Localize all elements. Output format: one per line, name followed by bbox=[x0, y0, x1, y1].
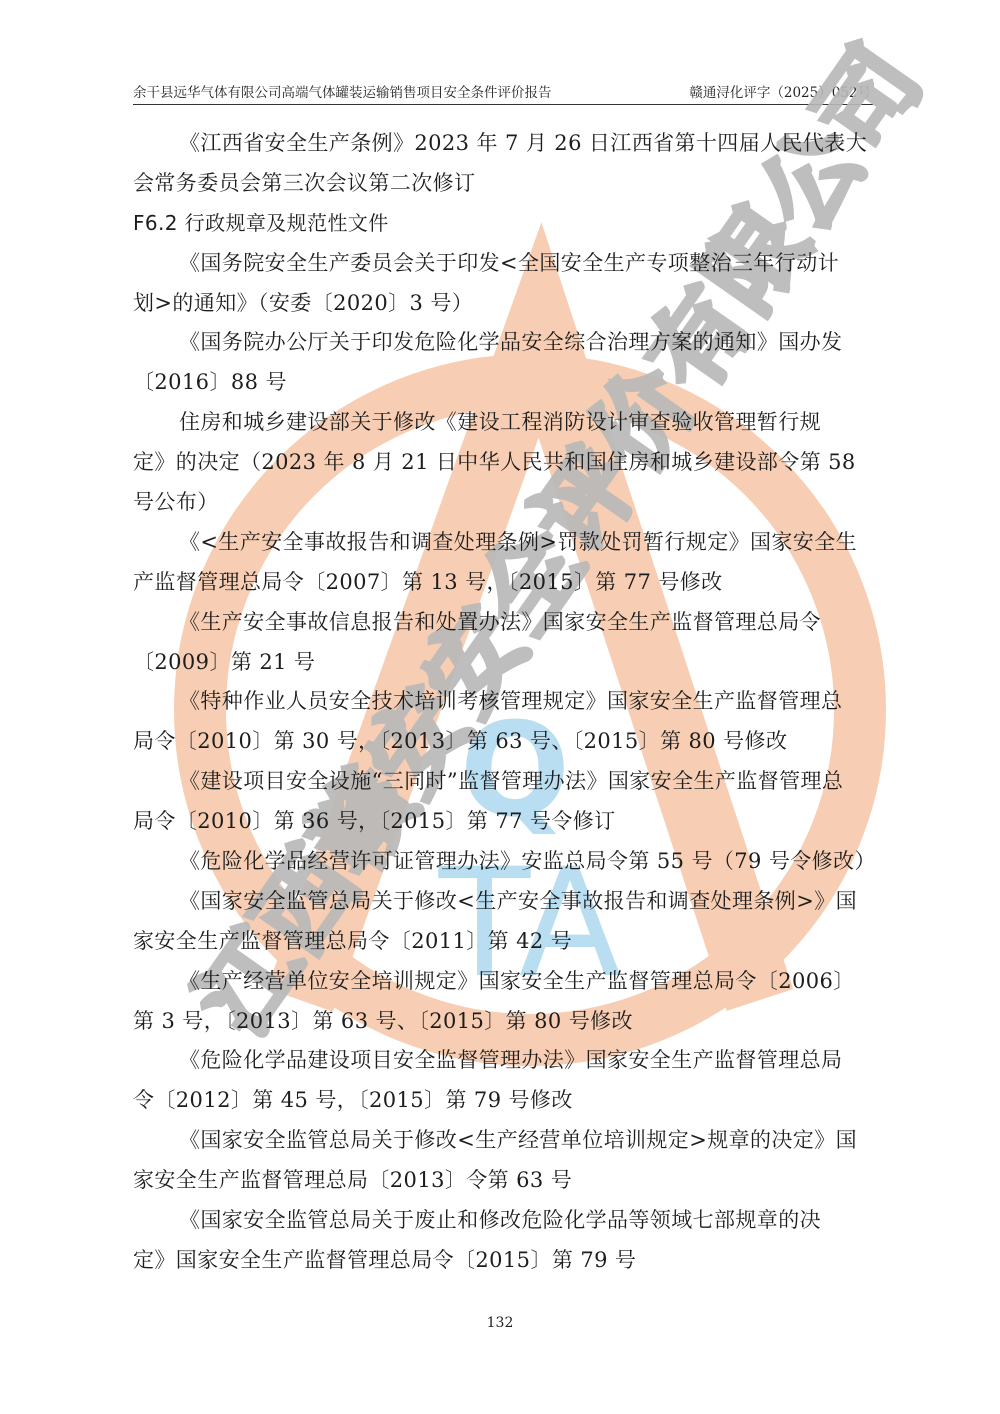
text-line: 定》的决定（2023 年 8 月 21 日中华人民共和国住房和城乡建设部令第 5… bbox=[133, 443, 909, 483]
text-line: 家安全生产监督管理总局令〔2011〕第 42 号 bbox=[133, 922, 909, 962]
text-line: 《生产经营单位安全培训规定》国家安全生产监督管理总局令〔2006〕 bbox=[133, 962, 909, 1002]
text-line: 住房和城乡建设部关于修改《建设工程消防设计审查验收管理暂行规 bbox=[133, 403, 909, 443]
document-body: 《江西省安全生产条例》2023 年 7 月 26 日江西省第十四届人民代表大 会… bbox=[133, 124, 909, 1281]
text-line: 划>的通知》（安委〔2020〕3 号） bbox=[133, 284, 909, 324]
text-line: 《国务院办公厅关于印发危险化学品安全综合治理方案的通知》国办发 bbox=[133, 323, 909, 363]
text-line: 《国家安全监管总局关于废止和修改危险化学品等领域七部规章的决 bbox=[133, 1201, 909, 1241]
text-line: 《建设项目安全设施“三同时”监督管理办法》国家安全生产监督管理总 bbox=[133, 762, 909, 802]
text-line: 第 3 号，〔2013〕第 63 号、〔2015〕第 80 号修改 bbox=[133, 1002, 909, 1042]
text-line: 定》国家安全生产监督管理总局令〔2015〕第 79 号 bbox=[133, 1241, 909, 1281]
text-line: 局令〔2010〕第 36 号，〔2015〕第 77 号令修订 bbox=[133, 802, 909, 842]
text-line: 《国家安全监管总局关于修改<生产安全事故报告和调查处理条例>》国 bbox=[133, 882, 909, 922]
text-line: 《江西省安全生产条例》2023 年 7 月 26 日江西省第十四届人民代表大 bbox=[133, 124, 909, 164]
text-line: 〔2016〕88 号 bbox=[133, 363, 909, 403]
text-line: 《危险化学品建设项目安全监督管理办法》国家安全生产监督管理总局 bbox=[133, 1041, 909, 1081]
text-line: 《国务院安全生产委员会关于印发<全国安全生产专项整治三年行动计 bbox=[133, 244, 909, 284]
text-line: 令〔2012〕第 45 号，〔2015〕第 79 号修改 bbox=[133, 1081, 909, 1121]
page-header: 余干县远华气体有限公司高端气体罐装运输销售项目安全条件评价报告 赣通浔化评字（2… bbox=[133, 84, 873, 105]
header-report-title: 余干县远华气体有限公司高端气体罐装运输销售项目安全条件评价报告 bbox=[133, 84, 552, 102]
page-number: 132 bbox=[0, 1315, 1000, 1331]
text-line: 产监督管理总局令〔2007〕第 13 号，〔2015〕第 77 号修改 bbox=[133, 563, 909, 603]
text-line: 局令〔2010〕第 30 号，〔2013〕第 63 号、〔2015〕第 80 号… bbox=[133, 722, 909, 762]
header-document-number: 赣通浔化评字（2025）052号 bbox=[689, 84, 871, 102]
section-heading: F6.2 行政规章及规范性文件 bbox=[133, 204, 909, 244]
text-line: 〔2009〕第 21 号 bbox=[133, 643, 909, 683]
text-line: 《生产安全事故信息报告和处置办法》国家安全生产监督管理总局令 bbox=[133, 603, 909, 643]
text-line: 会常务委员会第三次会议第二次修订 bbox=[133, 164, 909, 204]
text-line: 《<生产安全事故报告和调查处理条例>罚款处罚暂行规定》国家安全生 bbox=[133, 523, 909, 563]
text-line: 家安全生产监督管理总局〔2013〕令第 63 号 bbox=[133, 1161, 909, 1201]
text-line: 《特种作业人员安全技术培训考核管理规定》国家安全生产监督管理总 bbox=[133, 682, 909, 722]
text-line: 《危险化学品经营许可证管理办法》安监总局令第 55 号（79 号令修改） bbox=[133, 842, 909, 882]
text-line: 《国家安全监管总局关于修改<生产经营单位培训规定>规章的决定》国 bbox=[133, 1121, 909, 1161]
text-line: 号公布） bbox=[133, 483, 909, 523]
